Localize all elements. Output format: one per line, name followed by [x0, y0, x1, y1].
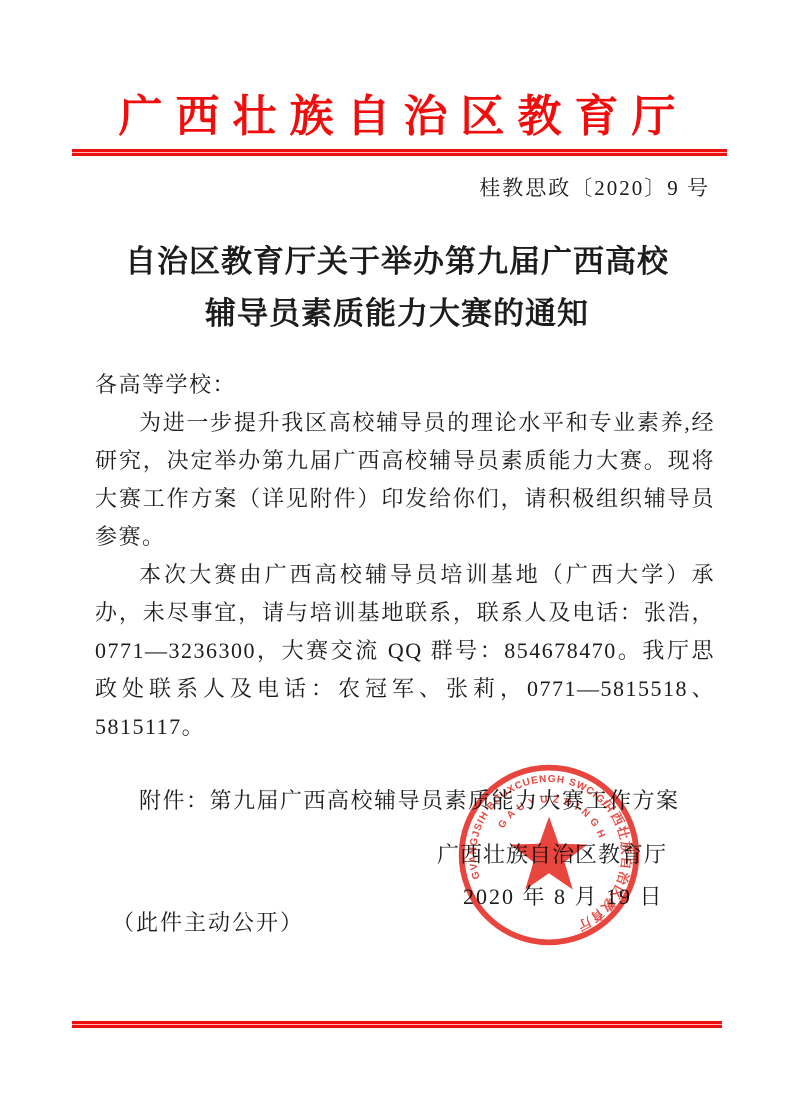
disclosure-note: （此件主动公开）	[112, 906, 304, 937]
attachment-line: 附件：第九届广西高校辅导员素质能力大赛工作方案	[95, 782, 715, 820]
document-title: 自治区教育厅关于举办第九届广西高校 辅导员素质能力大赛的通知	[0, 236, 794, 340]
header-separator-rule	[72, 149, 727, 156]
document-title-line1: 自治区教育厅关于举办第九届广西高校	[125, 244, 669, 279]
body-paragraph-1: 为进一步提升我区高校辅导员的理论水平和专业素养,经研究，决定举办第九届广西高校辅…	[95, 404, 715, 556]
footer-separator-rule	[72, 1021, 722, 1028]
document-number: 桂教思政〔2020〕9 号	[479, 172, 710, 202]
signature-date: 2020 年 8 月 19 日	[437, 876, 667, 918]
official-document-page: 广西壮族自治区教育厅 桂教思政〔2020〕9 号 自治区教育厅关于举办第九届广西…	[0, 0, 794, 1108]
document-title-line2: 辅导员素质能力大赛的通知	[205, 296, 589, 331]
signature-block: 广西壮族自治区教育厅 2020 年 8 月 19 日	[437, 834, 667, 918]
letterhead-agency-name: 广西壮族自治区教育厅	[0, 80, 794, 144]
salutation: 各高等学校：	[95, 366, 715, 404]
document-body: 各高等学校： 为进一步提升我区高校辅导员的理论水平和专业素养,经研究，决定举办第…	[95, 366, 715, 820]
body-paragraph-2: 本次大赛由广西高校辅导员培训基地（广西大学）承办，未尽事宜，请与培训基地联系，联…	[95, 556, 715, 746]
signature-agency: 广西壮族自治区教育厅	[437, 834, 667, 876]
